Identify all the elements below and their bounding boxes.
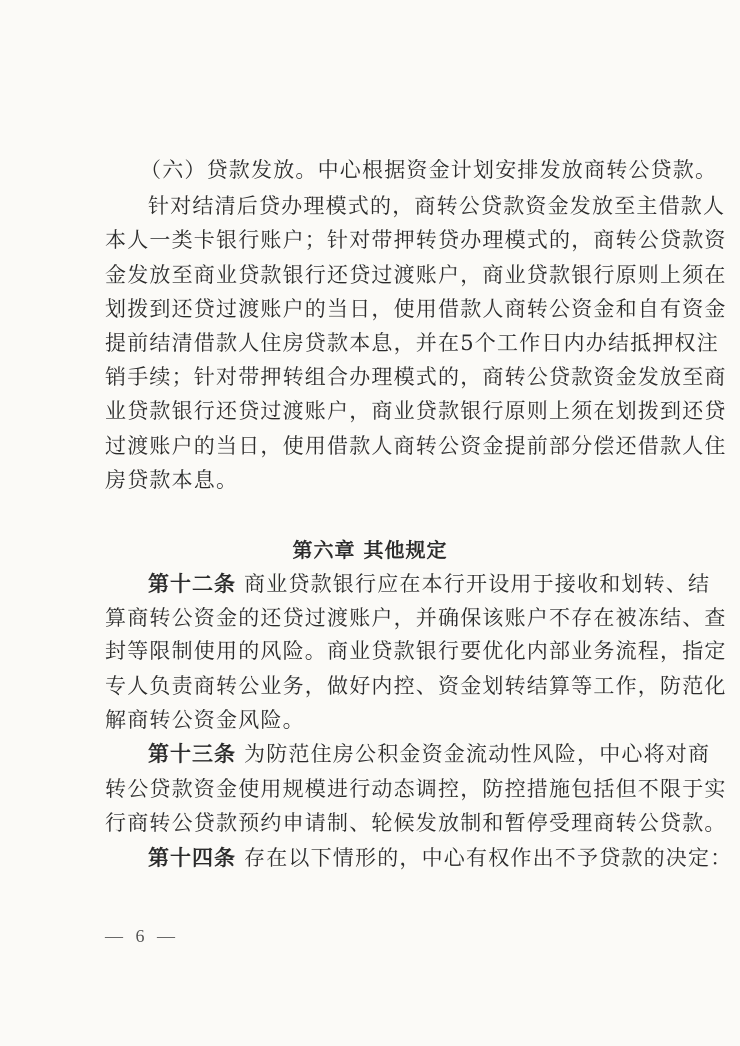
article-12-first-line: 第十二条商业贷款银行应在本行开设用于接收和划转、结 xyxy=(148,567,645,601)
article-12-label: 第十二条 xyxy=(148,572,236,596)
paragraph-line: 转公贷款资金使用规模进行动态调控，防控措施包括但不限于实 xyxy=(105,772,645,806)
article-13-first-line: 第十三条为防范住房公积金资金流动性风险，中心将对商 xyxy=(148,737,645,771)
paragraph-line: 房贷款本息。 xyxy=(105,463,645,497)
paragraph-line: 销手续；针对带押转组合办理模式的，商转公贷款资金发放至商 xyxy=(105,360,645,394)
paragraph-line: 过渡账户的当日，使用借款人商转公资金提前部分偿还借款人住 xyxy=(105,429,645,463)
article-14-text: 存在以下情形的，中心有权作出不予贷款的决定： xyxy=(244,846,732,870)
paragraph-line: 金发放至商业贷款银行还贷过渡账户，商业贷款银行原则上须在 xyxy=(105,258,645,292)
document-page: （六）贷款发放。中心根据资金计划安排发放商转公贷款。 针对结清后贷办理模式的，商… xyxy=(0,0,740,1046)
paragraph-line: 本人一类卡银行账户；针对带押转贷办理模式的，商转公贷款资 xyxy=(105,223,645,257)
article-13-label: 第十三条 xyxy=(148,742,236,766)
paragraph-line: 行商转公贷款预约申请制、轮候发放制和暂停受理商转公贷款。 xyxy=(105,806,645,840)
article-13-text: 为防范住房公积金资金流动性风险，中心将对商 xyxy=(244,742,710,766)
section-6-title: （六）贷款发放。中心根据资金计划安排发放商转公贷款。 xyxy=(140,153,660,187)
article-14-first-line: 第十四条存在以下情形的，中心有权作出不予贷款的决定： xyxy=(148,841,645,875)
paragraph-line: 专人负责商转公业务，做好内控、资金划转结算等工作，防范化 xyxy=(105,669,645,703)
paragraph-line: 业贷款银行还贷过渡账户，商业贷款银行原则上须在划拨到还贷 xyxy=(105,394,645,428)
paragraph-line: 针对结清后贷办理模式的，商转公贷款资金发放至主借款人 xyxy=(148,189,645,223)
paragraph-line: 解商转公资金风险。 xyxy=(105,703,645,737)
paragraph-line: 封等限制使用的风险。商业贷款银行要优化内部业务流程，指定 xyxy=(105,634,645,668)
article-14-label: 第十四条 xyxy=(148,846,236,870)
paragraph-line: 提前结清借款人住房贷款本息，并在5个工作日内办结抵押权注 xyxy=(105,326,645,360)
chapter-heading: 第六章 其他规定 xyxy=(0,533,740,567)
paragraph-line: 算商转公资金的还贷过渡账户，并确保该账户不存在被冻结、查 xyxy=(105,601,645,635)
paragraph-line: 划拨到还贷过渡账户的当日，使用借款人商转公资金和自有资金 xyxy=(105,292,645,326)
page-number: — 6 — xyxy=(105,926,179,947)
article-12-text: 商业贷款银行应在本行开设用于接收和划转、结 xyxy=(244,572,710,596)
